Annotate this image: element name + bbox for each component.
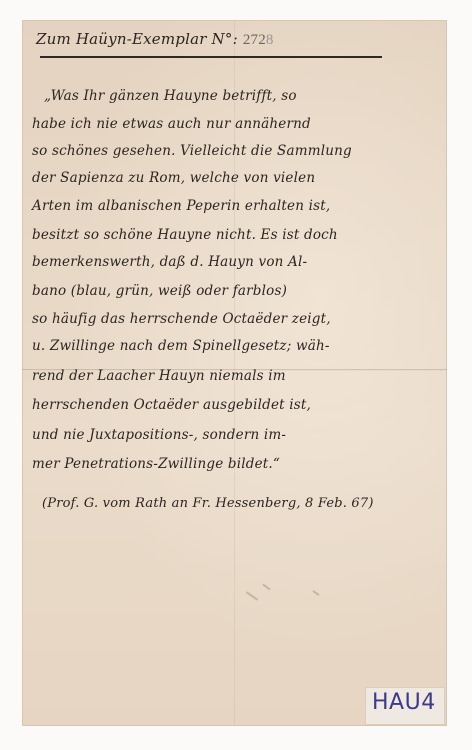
title-text: Zum Haüyn-Exemplar N°:: [36, 30, 238, 48]
signature-line: (Prof. G. vom Rath an Fr. Hessenberg, 8 …: [42, 496, 374, 511]
title-underline: [40, 56, 382, 58]
text-line-14: mer Penetrations-Zwillinge bildet.“: [32, 456, 280, 472]
text-line-6: besitzt so schöne Hauyne nicht. Es ist d…: [32, 227, 338, 243]
ink-smudge: [246, 591, 259, 601]
text-line-3: so schönes gesehen. Vielleicht die Samml…: [32, 143, 352, 159]
document-title: Zum Haüyn-Exemplar N°: 2728: [36, 30, 274, 49]
text-line-12: herrschenden Octaëder ausgebildet ist,: [32, 397, 311, 413]
ink-smudge: [312, 590, 320, 596]
text-line-10: u. Zwillinge nach dem Spinellgesetz; wäh…: [32, 338, 330, 354]
text-line-1: „Was Ihr gänzen Hauyne betrifft, so: [44, 88, 297, 104]
text-line-7: bemerkenswerth, daß d. Hauyn von Al-: [32, 254, 307, 270]
specimen-number: 2728: [243, 32, 274, 48]
text-line-13: und nie Juxtapositions-, sondern im-: [32, 427, 286, 443]
text-line-11: rend der Laacher Hauyn niemals im: [32, 368, 286, 384]
specimen-number-pencil: 8: [266, 32, 274, 48]
text-line-5: Arten im albanischen Peperin erhalten is…: [32, 198, 330, 214]
ink-smudge: [262, 584, 271, 591]
text-line-2: habe ich nie etwas auch nur annähernd: [32, 116, 311, 132]
specimen-number-ink: 272: [243, 32, 266, 48]
text-line-8: bano (blau, grün, weiß oder farblos): [32, 283, 287, 299]
text-line-4: der Sapienza zu Rom, welche von vielen: [32, 170, 315, 186]
text-line-9: so häufig das herrschende Octaëder zeigt…: [32, 311, 331, 327]
catalog-label: HAU4: [372, 690, 436, 715]
